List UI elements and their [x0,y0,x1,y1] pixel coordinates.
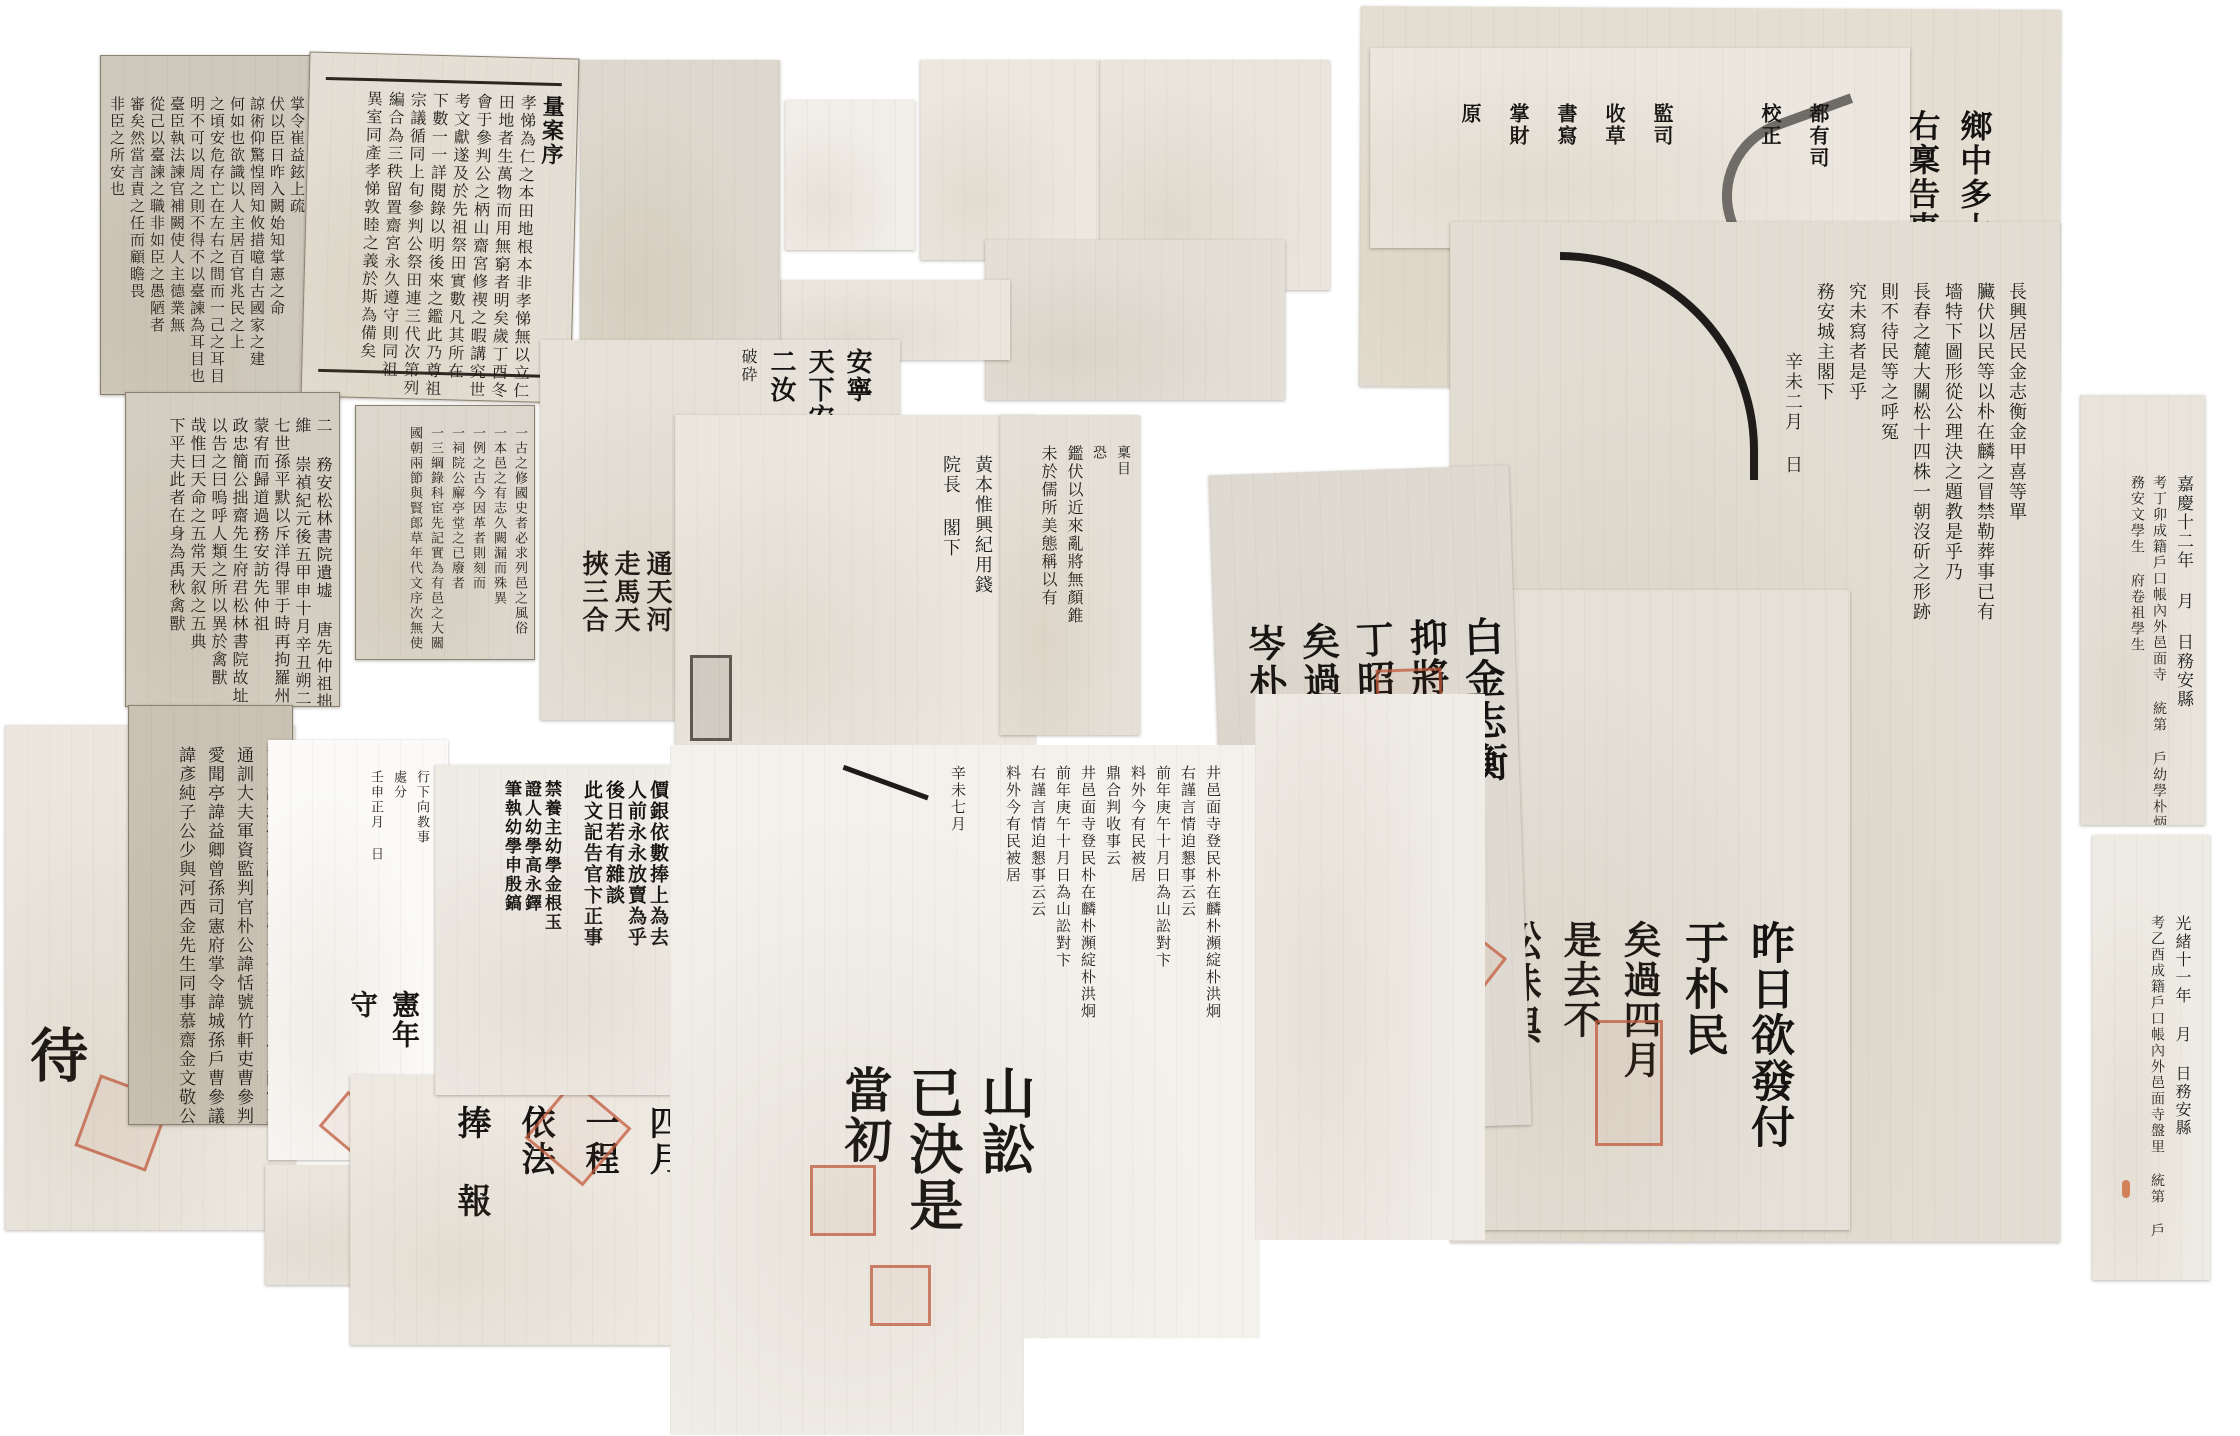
letter-line: 院長 閣下 [941,455,959,595]
petition-line: 則不待民等之呼冤 [1879,282,1897,622]
calligraphy-line: 于朴民 [1680,920,1724,1150]
petition-line: 長春之麓大關松十四株一朝沒斫之形跡 [1911,282,1929,622]
red-seal [1595,1020,1663,1146]
register-date: 嘉慶十二年 月 日務安縣 [2174,475,2191,825]
book-line: 審矣然當言責之任而顧瞻畏 [129,96,144,385]
petition-line: 臟伏以民等以朴在麟之冒禁勒葬事已有 [1975,282,1993,622]
book-line: 下數一一詳閱錄以明後來之鑑此乃尊祖 [424,92,448,398]
book-line: 愛聞亭諱益卿曾孫司憲府掌令諱城孫戶曹參議 [205,746,222,1125]
petition-line: 井邑面寺登民朴在麟朴瀕綻朴洪炯 [1205,765,1220,1020]
book-line: 孝悌為仁之本田地根本非孝悌無以立仁 [512,94,536,400]
document-collage: 鄉中多士稟 右稟告事 意諄後勵 原 掌財 書寫 收草 監司 校正 都有司 行下向… [0,0,2240,1436]
red-seal [810,1165,876,1236]
book-line: 以告之曰嗚呼人類之所以異於禽獸 [210,417,226,707]
book-line: 一古之修國史者必求列邑之風俗 [513,426,526,651]
register-entry: 務安文學生 府卷祖學生 [2130,475,2144,825]
central-petition: 井邑面寺登民朴在麟朴瀕綻朴洪炯 右謹言情迫懇事云云 前年庚午十月日為山訟對卞 料… [670,745,1260,1435]
book-line: 編合為三秩留置齋宮永久遵守則同祖 [380,91,404,397]
book-line: 一祠院公廨亭堂之已廢者 [450,426,463,651]
book-gazetteer-rules: 一古之修國史者必求列邑之風俗 一本邑之有志久闕漏而殊異 一例之古今因革者則刻而 … [355,405,535,660]
petition-date: 辛未二月 日 [1783,352,1801,622]
deed-line: 後日若有雜談 [604,780,623,1074]
draft-line: 走馬天 [612,550,638,634]
book-line: 何如也欲識以人主居百官兆民之上 [229,96,244,385]
book-line: 哉惟曰天命之五常天叙之五典 [189,417,205,707]
red-seal-mark [2122,1180,2130,1198]
book-line: 之頃安危存亡在左右之間而一己之耳目 [209,96,224,385]
deed-signatory: 證人幼學高永鐸 [522,780,539,1074]
draft-line: 挾三合 [580,550,606,634]
petition-line: 右謹言情迫懇事云云 [1030,765,1045,1020]
book-line: 臺臣執法諫官補闕使人主德業無 [169,96,184,385]
small-petition: 稟目 恐 鑑伏以近來亂將無顏錐 未於儒所美態稱以有 [1000,415,1140,735]
book-line: 田地者生萬物而用無窮者明矣歲丁酉冬 [490,93,514,399]
book-line: 下平夫此者在身為禹秋禽獸 [168,417,184,707]
calligraphy-line: 憲年 [390,990,418,1050]
book-songrim-seowon: 二 務安松林書院遺墟 唐先仲祖拙齋忠簡公 維 崇禎紀元後五甲申十月辛丑朔二十五日… [125,392,340,707]
household-register-1: 嘉慶十二年 月 日務安縣 考丁卯成籍戶口帳內外邑面寺 統第 戶幼學朴炳龍年五十七… [2080,395,2205,825]
calligraphy-line: 山訟 [978,1065,1032,1233]
slip-line: 行下向教事 [415,770,428,862]
calligraphy-line: 已決是 [906,1065,960,1233]
official-label: 監司 [1652,103,1672,191]
petition-line: 料外今有民被居 [1130,765,1145,1020]
petition-date: 辛未七月 [950,765,965,1020]
black-seal [690,655,732,741]
deed-line: 人前永永放賣為乎 [626,780,645,1074]
petition-line: 長興居民金志衡金甲喜等單 [2007,282,2025,622]
petition-officials-sheet: 原 掌財 書寫 收草 監司 校正 都有司 行下向教 城主 [1370,48,1910,248]
book-line: 一本邑之有志久闕漏而殊異 [492,426,505,651]
cheongwon-letter: 再拜 次稟于 黃本惟興紀用錢 院長 閣下 [675,415,1035,755]
petition-line: 右謹言情迫懇事云云 [1180,765,1195,1020]
book-line: 七世孫平默以斥洋得罪于時再拘羅州之 [273,417,289,707]
petition-line: 稟目 [1116,445,1130,625]
note-top-a [785,100,915,250]
household-register-2: 光緒十一年 月 日務安縣 考乙酉成籍戶口帳內外邑面寺盤里 統第 戶 [2092,835,2210,1280]
deed-line: 價銀依數捧上為去 [648,780,667,1074]
slip-line: 處分 [392,770,405,862]
book-preface: 量案序 孝悌為仁之本田地根本非孝悌無以立仁 田地者生萬物而用無窮者明矣歲丁酉冬 … [301,52,580,404]
petition-line: 未於儒所美態稱以有 [1040,445,1056,625]
petition-line: 務安城主閣下 [1815,282,1833,622]
book-line: 從己以臺諫之職非如臣之愚陋者 [149,96,164,385]
deed-signatory: 禁養主幼學金根玉 [542,780,559,1074]
calligraphy-line: 捧 報 [454,1105,488,1219]
register-date: 光緒十一年 月 日務安縣 [2174,915,2190,1239]
book-line: 蒙宥而歸道過務安訪先仲祖 [252,417,268,707]
note-top-d [985,240,1285,400]
book-line: 政忠簡公拙齋先生府君松林書院故址 [231,417,247,707]
petition-line: 前年庚午十月日為山訟對卞 [1155,765,1170,1020]
calligraphy-line: 守 [348,990,376,1050]
calligraphy-line: 昨日欲發付 [1746,920,1790,1150]
book-line: 明不可以周之則不得不以臺諫為耳目也 [189,96,204,385]
official-label: 收草 [1604,103,1624,191]
official-label: 掌財 [1508,103,1528,191]
book-line: 一例之古今因革者則刻而 [471,426,484,651]
book-memorial: 掌令崔益鉉上疏 伏以臣日昨入闕始知掌憲之命 諒術仰驚惶罔知攸措噫自古國家之建 何… [100,55,315,395]
petition-line: 墻特下圖形從公理決之題教是乎乃 [1943,282,1961,622]
deed-line: 此文記告官卞正事 [582,780,601,1074]
book-line: 諱彥純子公少與河西金先生同事慕齋金文敬公 [176,746,193,1125]
register-entry: 考丁卯成籍戶口帳內外邑面寺 統第 戶幼學朴炳龍年五十七辛未 [2152,475,2166,825]
petition-line: 鑑伏以近來亂將無顏錐 [1066,445,1082,625]
note-top-b [920,60,1100,260]
slip-line: 壬申正月 日 [369,770,382,862]
book-line: 伏以臣日昨入闕始知掌憲之命 [269,96,284,385]
book-line: 通訓大夫軍資監判官朴公諱恬號竹軒吏曹參判號 [234,746,251,1125]
book-line: 二 務安松林書院遺墟 唐先仲祖拙齋忠簡公 [315,417,331,707]
brush-signature-stroke [1560,252,1758,480]
petition-line: 恐 [1092,445,1106,625]
brush-signature-stroke [841,765,929,804]
register-entry: 考乙酉成籍戶口帳內外邑面寺盤里 統第 戶 [2150,915,2164,1239]
official-label: 原 [1460,103,1480,191]
bottom-receipt-2: 四月 一程 依法 捧 報 [350,1075,710,1345]
petition-line: 井邑面寺登民朴在麟朴瀕綻朴洪炯 [1080,765,1095,1020]
book-line: 會于參判公之柄山齋宮修禊之暇講究世 [468,93,492,399]
petition-line: 前年庚午十月日為山訟對卞 [1055,765,1070,1020]
official-label: 書寫 [1556,103,1576,191]
red-seal [870,1265,931,1326]
book-line: 非臣之所安也 [109,96,124,385]
book-line: 諒術仰驚惶罔知攸措噫自古國家之建 [249,96,264,385]
book-line: 維 崇禎紀元後五甲申十月辛丑朔二十五日 [294,417,310,707]
petition-line: 究未寫者是乎 [1847,282,1865,622]
letter-line: 黃本惟興紀用錢 [973,455,991,595]
calligraphy-char: 待 [25,1025,83,1085]
petition-line: 鼎合判收事云 [1105,765,1120,1020]
book-line: 宗議循同上旬參判公祭田連三代次第列 [402,91,426,397]
deed-signatory: 筆執幼學申殷鎬 [502,780,519,1074]
book-line: 國朝兩節與賢郎草年代文序次無使 [408,426,421,651]
petition-line: 料外今有民被居 [1005,765,1020,1020]
book-line: 考文獻遂及於先祖祭田實數凡其所在 [446,92,470,398]
calligraphy-line: 是去不 [1560,920,1598,1150]
draft-line: 通天河 [644,550,670,634]
book-line: 一三綱錄科宦先記實為有邑之大關 [429,426,442,651]
